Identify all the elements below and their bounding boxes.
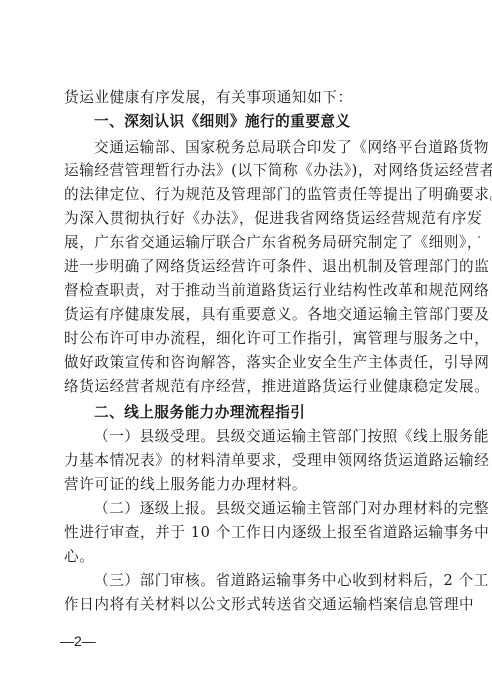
document-page: 货运业健康有序发展，有关事项通知如下：一、深刻认识《细则》施行的重要意义交通运输… [0,0,492,700]
paragraph-line: 货运有序健康发展，具有重要意义。各地交通运输主管部门要及 [64,305,437,325]
scan-speck [479,210,481,212]
paragraph-line: 心。 [64,547,437,567]
paragraph-line: 时公布许可申办流程，细化许可工作指引，寓管理与服务之中， [64,329,437,349]
scan-speck [478,236,480,238]
paragraph-line: 运输经营管理暂行办法》(以下简称《办法》)，对网络货运经营者 [64,161,437,181]
page-number: —2— [60,633,96,649]
paragraph-first-line: （三）部门审核。省道路运输事务中心收到材料后，2 个工 [94,571,437,591]
paragraph-line: 营许可证的线上服务能力办理材料。 [64,475,437,495]
paragraph-line: 力基本情况表》的材料清单要求，受理申领网络货运道路运输经 [64,451,437,471]
paragraph-line: 督检查职责，对于推动当前道路货运行业结构性改革和规范网络 [64,281,437,301]
paragraph-line: 的法律定位、行为规范及管理部门的监管责任等提出了明确要求。 [64,185,437,205]
paragraph-first-line: （二）逐级上报。县级交通运输主管部门对办理材料的完整 [94,499,437,519]
paragraph-line: 为深入贯彻执行好《办法》，促进我省网络货运经营规范有序发 [64,209,437,229]
paragraph-line: 进一步明确了网络货运经营许可条件、退出机制及管理部门的监 [64,257,437,277]
paragraph-line: 性进行审查，并于 10 个工作日内逐级上报至省道路运输事务中 [64,523,437,543]
section-heading: 一、深刻认识《细则》施行的重要意义 [94,112,437,132]
paragraph-line: 展，广东省交通运输厅联合广东省税务局研究制定了《细则》， [64,233,437,253]
paragraph-line: 做好政策宣传和咨询解答，落实企业安全生产主体责任，引导网 [64,353,437,373]
paragraph-line: 络货运经营者规范有序经营，推进道路货运行业健康稳定发展。 [64,377,437,397]
section-heading: 二、线上服务能力办理流程指引 [94,403,437,423]
paragraph-line: 作日内将有关材料以公文形式转送省交通运输档案信息管理中 [64,595,437,615]
paragraph-line: 货运业健康有序发展，有关事项通知如下： [64,88,437,108]
paragraph-first-line: （一）县级受理。县级交通运输主管部门按照《线上服务能 [94,427,437,447]
paragraph-first-line: 交通运输部、国家税务总局联合印发了《网络平台道路货物 [94,138,437,158]
scan-speck [479,214,481,216]
